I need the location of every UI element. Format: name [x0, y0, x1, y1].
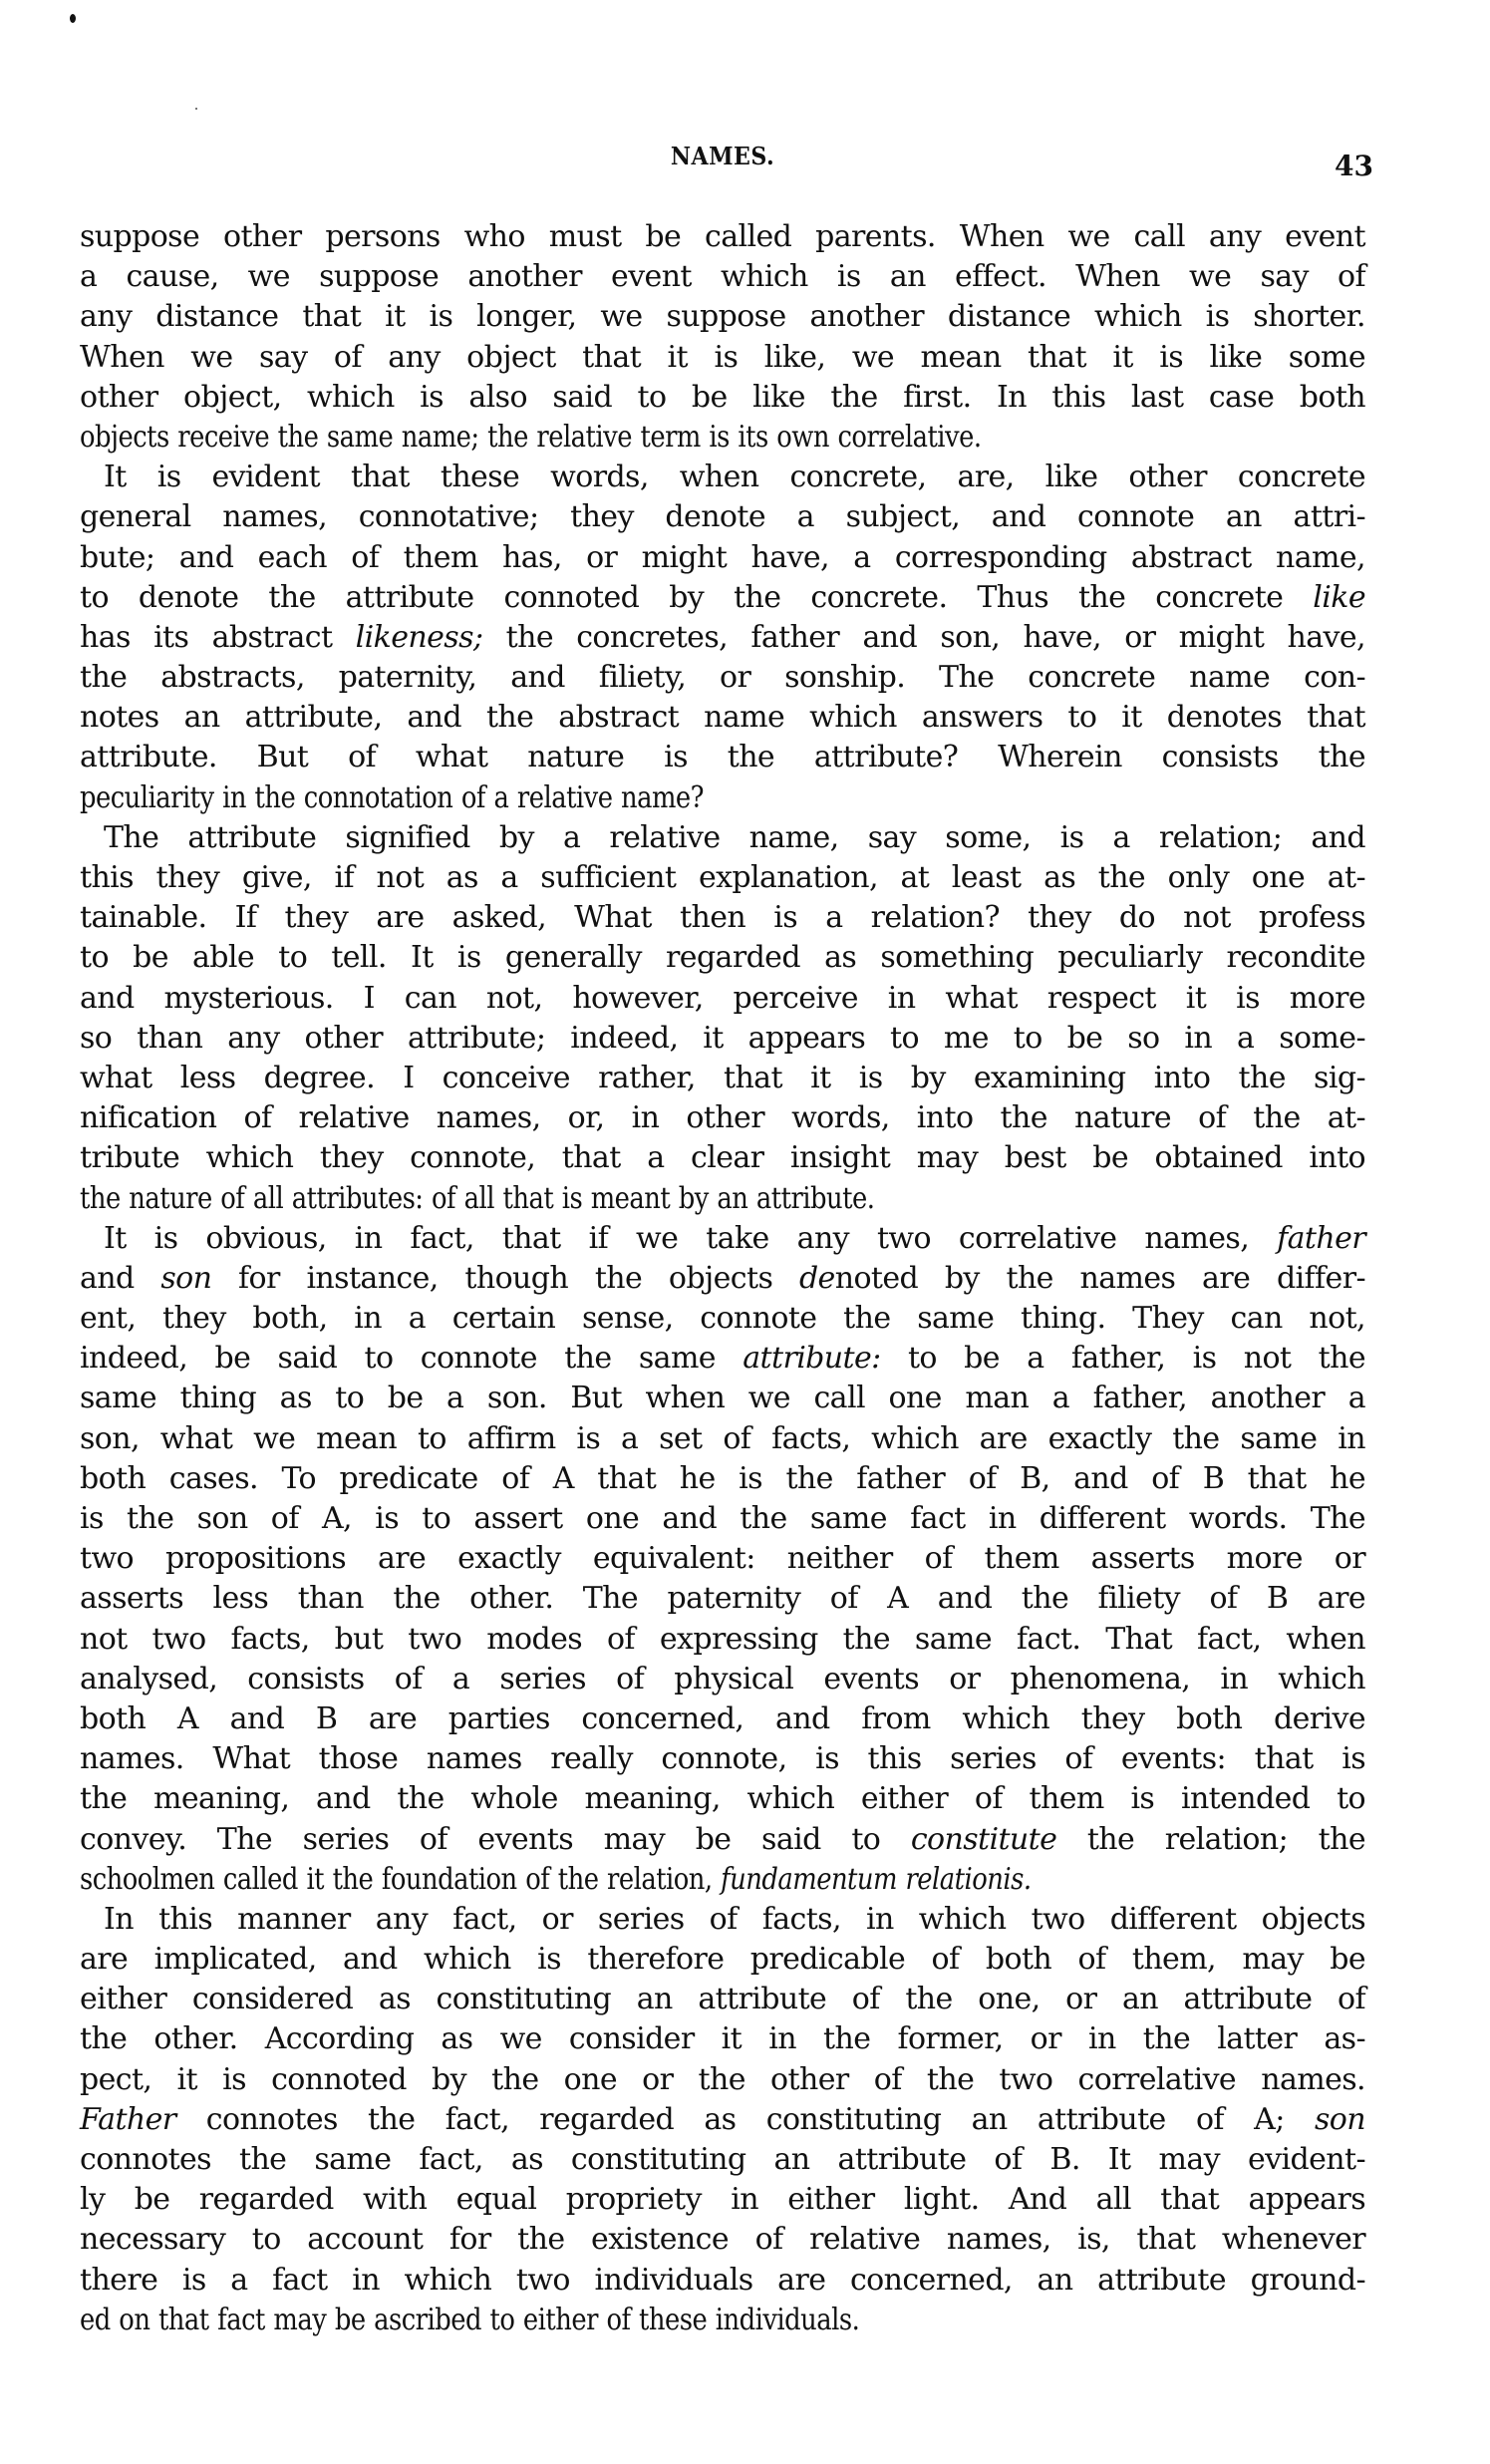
text-line: tribute which they connote, that a clear…	[80, 1138, 1365, 1178]
body-text: suppose other persons who must be called…	[80, 217, 1365, 2340]
paragraph: suppose other persons who must be called…	[80, 217, 1365, 458]
text-line: so than any other attribute; indeed, it …	[80, 1019, 1365, 1059]
text-line: The attribute signified by a relative na…	[80, 818, 1365, 858]
text-line: objects receive the same name; the relat…	[80, 418, 1365, 458]
text-line: It is obvious, in fact, that if we take …	[80, 1219, 1365, 1259]
text-line: bute; and each of them has, or might hav…	[80, 538, 1365, 578]
text-line: other object, which is also said to be l…	[80, 378, 1365, 418]
text-line: ly be regarded with equal propriety in e…	[80, 2180, 1365, 2220]
text-line: nification of relative names, or, in oth…	[80, 1098, 1365, 1138]
text-line: has its abstract likeness; the concretes…	[80, 618, 1365, 658]
text-line: to denote the attribute connoted by the …	[80, 578, 1365, 618]
text-line: the abstracts, paternity, and filiety, o…	[80, 658, 1365, 698]
text-line: analysed, consists of a series of physic…	[80, 1660, 1365, 1699]
italic-term: like	[1313, 580, 1365, 615]
text-line: connotes the same fact, as constituting …	[80, 2140, 1365, 2180]
text-line: asserts less than the other. The paterni…	[80, 1579, 1365, 1619]
text-line: both A and B are parties concerned, and …	[80, 1699, 1365, 1739]
text-line: Father connotes the fact, regarded as co…	[80, 2100, 1365, 2140]
text-line: is the son of A, is to assert one and th…	[80, 1499, 1365, 1539]
text-line: the other. According as we consider it i…	[80, 2019, 1365, 2059]
italic-term: father	[1277, 1221, 1365, 1256]
text-line: either considered as constituting an att…	[80, 1980, 1365, 2019]
text-line: this they give, if not as a sufficient e…	[80, 858, 1365, 898]
italic-term: Father	[80, 2102, 176, 2137]
text-line: not two facts, but two modes of expressi…	[80, 1620, 1365, 1660]
text-line: notes an attribute, and the abstract nam…	[80, 698, 1365, 738]
text-line: pect, it is connoted by the one or the o…	[80, 2060, 1365, 2100]
text-line: there is a fact in which two individuals…	[80, 2261, 1365, 2301]
italic-term: likeness;	[356, 620, 483, 655]
text-line: two propositions are exactly equivalent:…	[80, 1539, 1365, 1579]
text-line: the meaning, and the whole meaning, whic…	[80, 1779, 1365, 1819]
text-line: tainable. If they are asked, What then i…	[80, 898, 1365, 938]
text-line: ed on that fact may be ascribed to eithe…	[80, 2301, 1365, 2340]
text-line: the nature of all attributes: of all tha…	[80, 1179, 1365, 1219]
italic-term: son	[1315, 2102, 1365, 2137]
text-line: to be able to tell. It is generally rega…	[80, 938, 1365, 978]
chapter-running-title: NAMES.	[645, 142, 800, 170]
paragraph: In this manner any fact, or series of fa…	[80, 1900, 1365, 2340]
text-line: general names, connotative; they denote …	[80, 497, 1365, 537]
text-line: When we say of any object that it is lik…	[80, 338, 1365, 378]
text-line: both cases. To predicate of A that he is…	[80, 1459, 1365, 1499]
scan-speck-small	[195, 108, 197, 110]
italic-term: son	[160, 1261, 211, 1296]
text-line: In this manner any fact, or series of fa…	[80, 1900, 1365, 1940]
text-line: any distance that it is longer, we suppo…	[80, 297, 1365, 337]
running-head: NAMES. 43	[0, 138, 1490, 177]
text-line: schoolmen called it the foundation of th…	[80, 1860, 1365, 1900]
text-line: a cause, we suppose another event which …	[80, 257, 1365, 297]
text-line: necessary to account for the existence o…	[80, 2220, 1365, 2260]
text-line: are implicated, and which is therefore p…	[80, 1940, 1365, 1980]
italic-term: attribute:	[743, 1341, 880, 1376]
text-line: what less degree. I conceive rather, tha…	[80, 1059, 1365, 1098]
text-line: and son for instance, though the objects…	[80, 1259, 1365, 1299]
text-line: It is evident that these words, when con…	[80, 458, 1365, 497]
page-number: 43	[1314, 150, 1373, 182]
text-line: peculiarity in the connotation of a rela…	[80, 778, 1365, 818]
scan-speck	[70, 14, 76, 23]
text-line: convey. The series of events may be said…	[80, 1820, 1365, 1860]
italic-term: constitute	[911, 1822, 1056, 1857]
text-line: attribute. But of what nature is the att…	[80, 738, 1365, 777]
text-line: and mysterious. I can not, however, perc…	[80, 979, 1365, 1019]
paragraph: The attribute signified by a relative na…	[80, 818, 1365, 1219]
paragraph: It is evident that these words, when con…	[80, 458, 1365, 818]
text-line: suppose other persons who must be called…	[80, 217, 1365, 257]
text-line: son, what we mean to affirm is a set of …	[80, 1419, 1365, 1459]
text-line: same thing as to be a son. But when we c…	[80, 1379, 1365, 1418]
text-line: indeed, be said to connote the same attr…	[80, 1339, 1365, 1379]
italic-term: de	[799, 1261, 835, 1296]
text-line: names. What those names really connote, …	[80, 1739, 1365, 1779]
italic-term: fundamentum relationis.	[721, 1862, 1031, 1897]
text-line: ent, they both, in a certain sense, conn…	[80, 1299, 1365, 1339]
paragraph: It is obvious, in fact, that if we take …	[80, 1219, 1365, 1900]
